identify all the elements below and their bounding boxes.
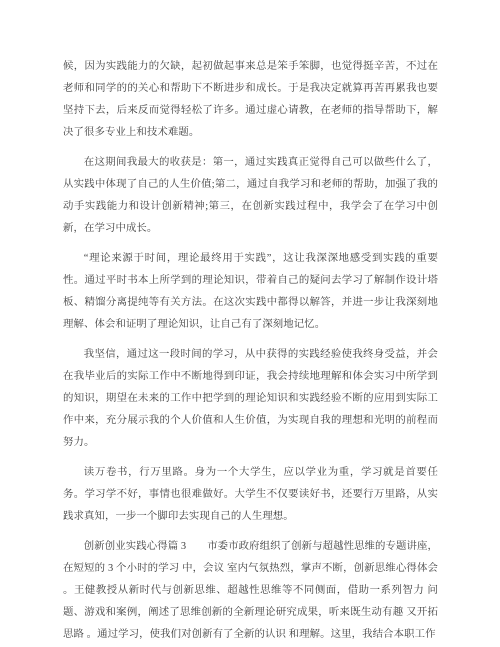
paragraph-4: 我坚信，通过这一段时间的学习，从中获得的实践经验使我终身受益，并会在我毕业后的实… <box>63 344 438 454</box>
document-page: 候，因为实践能力的欠缺，起初做起事来总是笨手笨脚，也觉得挺辛苦，不过在老师和同学… <box>0 0 500 647</box>
paragraph-5: 读万卷书，行万里路。身为一个大学生，应以学业为重，学习就是首要任务。学习学不好，… <box>63 462 438 528</box>
paragraph-2: 在这期间我最大的收获是：第一，通过实践真正觉得自己可以做些什么了，从实践中体现了… <box>63 152 438 240</box>
paragraph-6: 创新创业实践心得篇 3 市委市政府组织了创新与超越性思维的专题讲座，在短短的 3… <box>63 536 438 646</box>
paragraph-1: 候，因为实践能力的欠缺，起初做起事来总是笨手笨脚，也觉得挺辛苦，不过在老师和同学… <box>63 56 438 144</box>
paragraph-3: “理论来源于时间，理论最终用于实践”，这让我深深地感受到实践的重要性。通过平时书… <box>63 248 438 336</box>
